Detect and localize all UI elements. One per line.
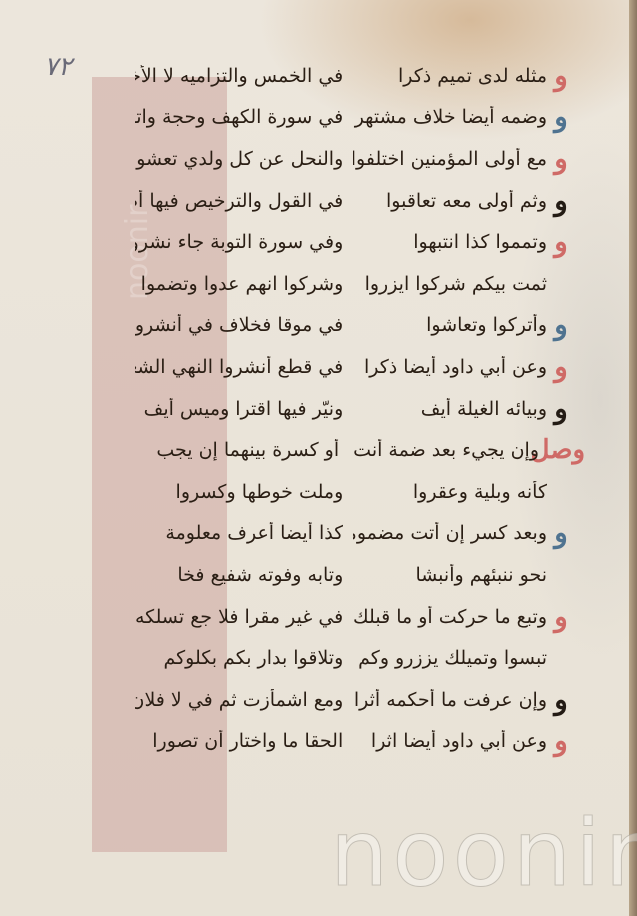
verse-row: ووبعد كسر إن أتت مضمومةكذا أيضا أعرف معل… (135, 513, 575, 555)
first-hemistich: وأتركوا وتعاشوا (353, 314, 547, 336)
first-hemistich: وعن أبي داود أيضا ذكرا (353, 356, 547, 378)
second-hemistich: في موقا فخلاف في أنشروا (135, 314, 343, 336)
first-hemistich: وضمه أيضا خلاف مشتهر (353, 106, 547, 128)
first-hemistich: ثمت بيكم شركوا ايزروا (353, 273, 547, 295)
second-hemistich: ونيّر فيها اقترا وميس أيف (135, 398, 343, 420)
second-hemistich: في القول والترخيص فيها أطلقوا (135, 190, 343, 212)
first-hemistich: وتمموا كذا انتبهوا (353, 231, 547, 253)
verse-row: وصلوإن يجيء بعد ضمة أنتأو كسرة بينهما إن… (135, 429, 575, 471)
brand-watermark: noonir (330, 808, 637, 900)
verse-marker: و (547, 519, 575, 547)
verse-marker: و (547, 311, 575, 339)
verse-row: ومثله لدى تميم ذكرافي الخمس والتزاميه لا… (135, 55, 575, 97)
verse-marker: و (547, 686, 575, 714)
verse-marker: و (547, 603, 575, 631)
first-hemistich: مع أولى المؤمنين اختلفوا (353, 148, 547, 170)
verse-row: ووعن أبي داود أيضا ذكرافي قطع أنشروا الن… (135, 346, 575, 388)
first-hemistich: تبسوا وتميلك يززرو وكم (353, 647, 547, 669)
verse-marker: و (547, 228, 575, 256)
first-hemistich: كأنه وبلية وعقروا (353, 481, 547, 503)
first-hemistich: وإن عرفت ما أحكمه أثرا تحسن (353, 689, 547, 711)
second-hemistich: في قطع أنشروا النهي الشعراء (135, 356, 343, 378)
first-hemistich: وبيائه الغيلة أيف (353, 398, 547, 420)
second-hemistich: وشركوا انهم عدوا وتضموا (135, 273, 343, 295)
verse-marker: و (547, 395, 575, 423)
second-hemistich: في غير مقرا فلا جع تسلكه (135, 606, 343, 628)
verse-row: ووضمه أيضا خلاف مشتهرفي سورة الكهف وحجة … (135, 97, 575, 139)
second-hemistich: في سورة الكهف وحجة واتر (135, 106, 343, 128)
second-hemistich: الحقا ما واختار أن تصورا (135, 730, 343, 752)
second-hemistich: وفي سورة التوبة جاء نشروا (135, 231, 343, 253)
first-hemistich: وبعد كسر إن أتت مضمومة (353, 522, 547, 544)
manuscript-page: noonir ٧٢ ومثله لدى تميم ذكرافي الخمس وا… (0, 0, 637, 916)
second-hemistich: والنحل عن كل ولدي تعشوا (135, 148, 343, 170)
verse-block: ومثله لدى تميم ذكرافي الخمس والتزاميه لا… (135, 55, 575, 762)
verse-row: ووبيائه الغيلة أيفونيّر فيها اقترا وميس … (135, 388, 575, 430)
verse-row: ووإن عرفت ما أحكمه أثرا تحسنومع اشمأزت ث… (135, 679, 575, 721)
verse-row: ووتمموا كذا انتبهواوفي سورة التوبة جاء ن… (135, 221, 575, 263)
verse-marker: و (547, 62, 575, 90)
first-hemistich: نحو ننبئهم وأنبشا (353, 564, 547, 586)
first-hemistich: وإن يجيء بعد ضمة أنت (349, 439, 539, 461)
verse-row: ثمت بيكم شركوا ايزرواوشركوا انهم عدوا وت… (135, 263, 575, 305)
second-hemistich: في الخمس والتزاميه لا الأخرا (135, 65, 343, 87)
first-hemistich: مثله لدى تميم ذكرا (353, 65, 547, 87)
verse-row: تبسوا وتميلك يززرو وكموتلاقوا بدار بكم ب… (135, 637, 575, 679)
verse-marker: و (547, 353, 575, 381)
verse-marker: و (547, 727, 575, 755)
verse-row: كأنه وبلية وعقرواوملت خوطها وكسروا (135, 471, 575, 513)
second-hemistich: كذا أيضا أعرف معلومة (135, 522, 343, 544)
page-edge (629, 0, 637, 916)
verse-row: ووعن أبي داود أيضا اثراالحقا ما واختار أ… (135, 721, 575, 763)
first-hemistich: وثم أولى معه تعاقبوا (353, 190, 547, 212)
second-hemistich: وتلاقوا بدار بكم بكلوكم (135, 647, 343, 669)
verse-row: ووثم أولى معه تعاقبوافي القول والترخيص ف… (135, 180, 575, 222)
second-hemistich: ومع اشمأزت ثم في لا فلان (135, 689, 343, 711)
verse-row: ومع أولى المؤمنين اختلفواوالنحل عن كل ول… (135, 138, 575, 180)
first-hemistich: وعن أبي داود أيضا اثرا (353, 730, 547, 752)
second-hemistich: وتابه وفوته شفيع فخا (135, 564, 343, 586)
verse-row: نحو ننبئهم وأنبشاوتابه وفوته شفيع فخا (135, 554, 575, 596)
page-number: ٧٢ (44, 52, 72, 82)
section-heading: وصل (539, 437, 585, 463)
verse-marker: و (547, 187, 575, 215)
verse-marker: و (547, 145, 575, 173)
second-hemistich: أو كسرة بينهما إن يجب (135, 439, 339, 461)
first-hemistich: وتبع ما حركت أو ما قبلك (353, 606, 547, 628)
verse-row: ووأتركوا وتعاشوافي موقا فخلاف في أنشروا (135, 305, 575, 347)
verse-row: ووتبع ما حركت أو ما قبلكفي غير مقرا فلا … (135, 596, 575, 638)
second-hemistich: وملت خوطها وكسروا (135, 481, 343, 503)
verse-marker: و (547, 103, 575, 131)
